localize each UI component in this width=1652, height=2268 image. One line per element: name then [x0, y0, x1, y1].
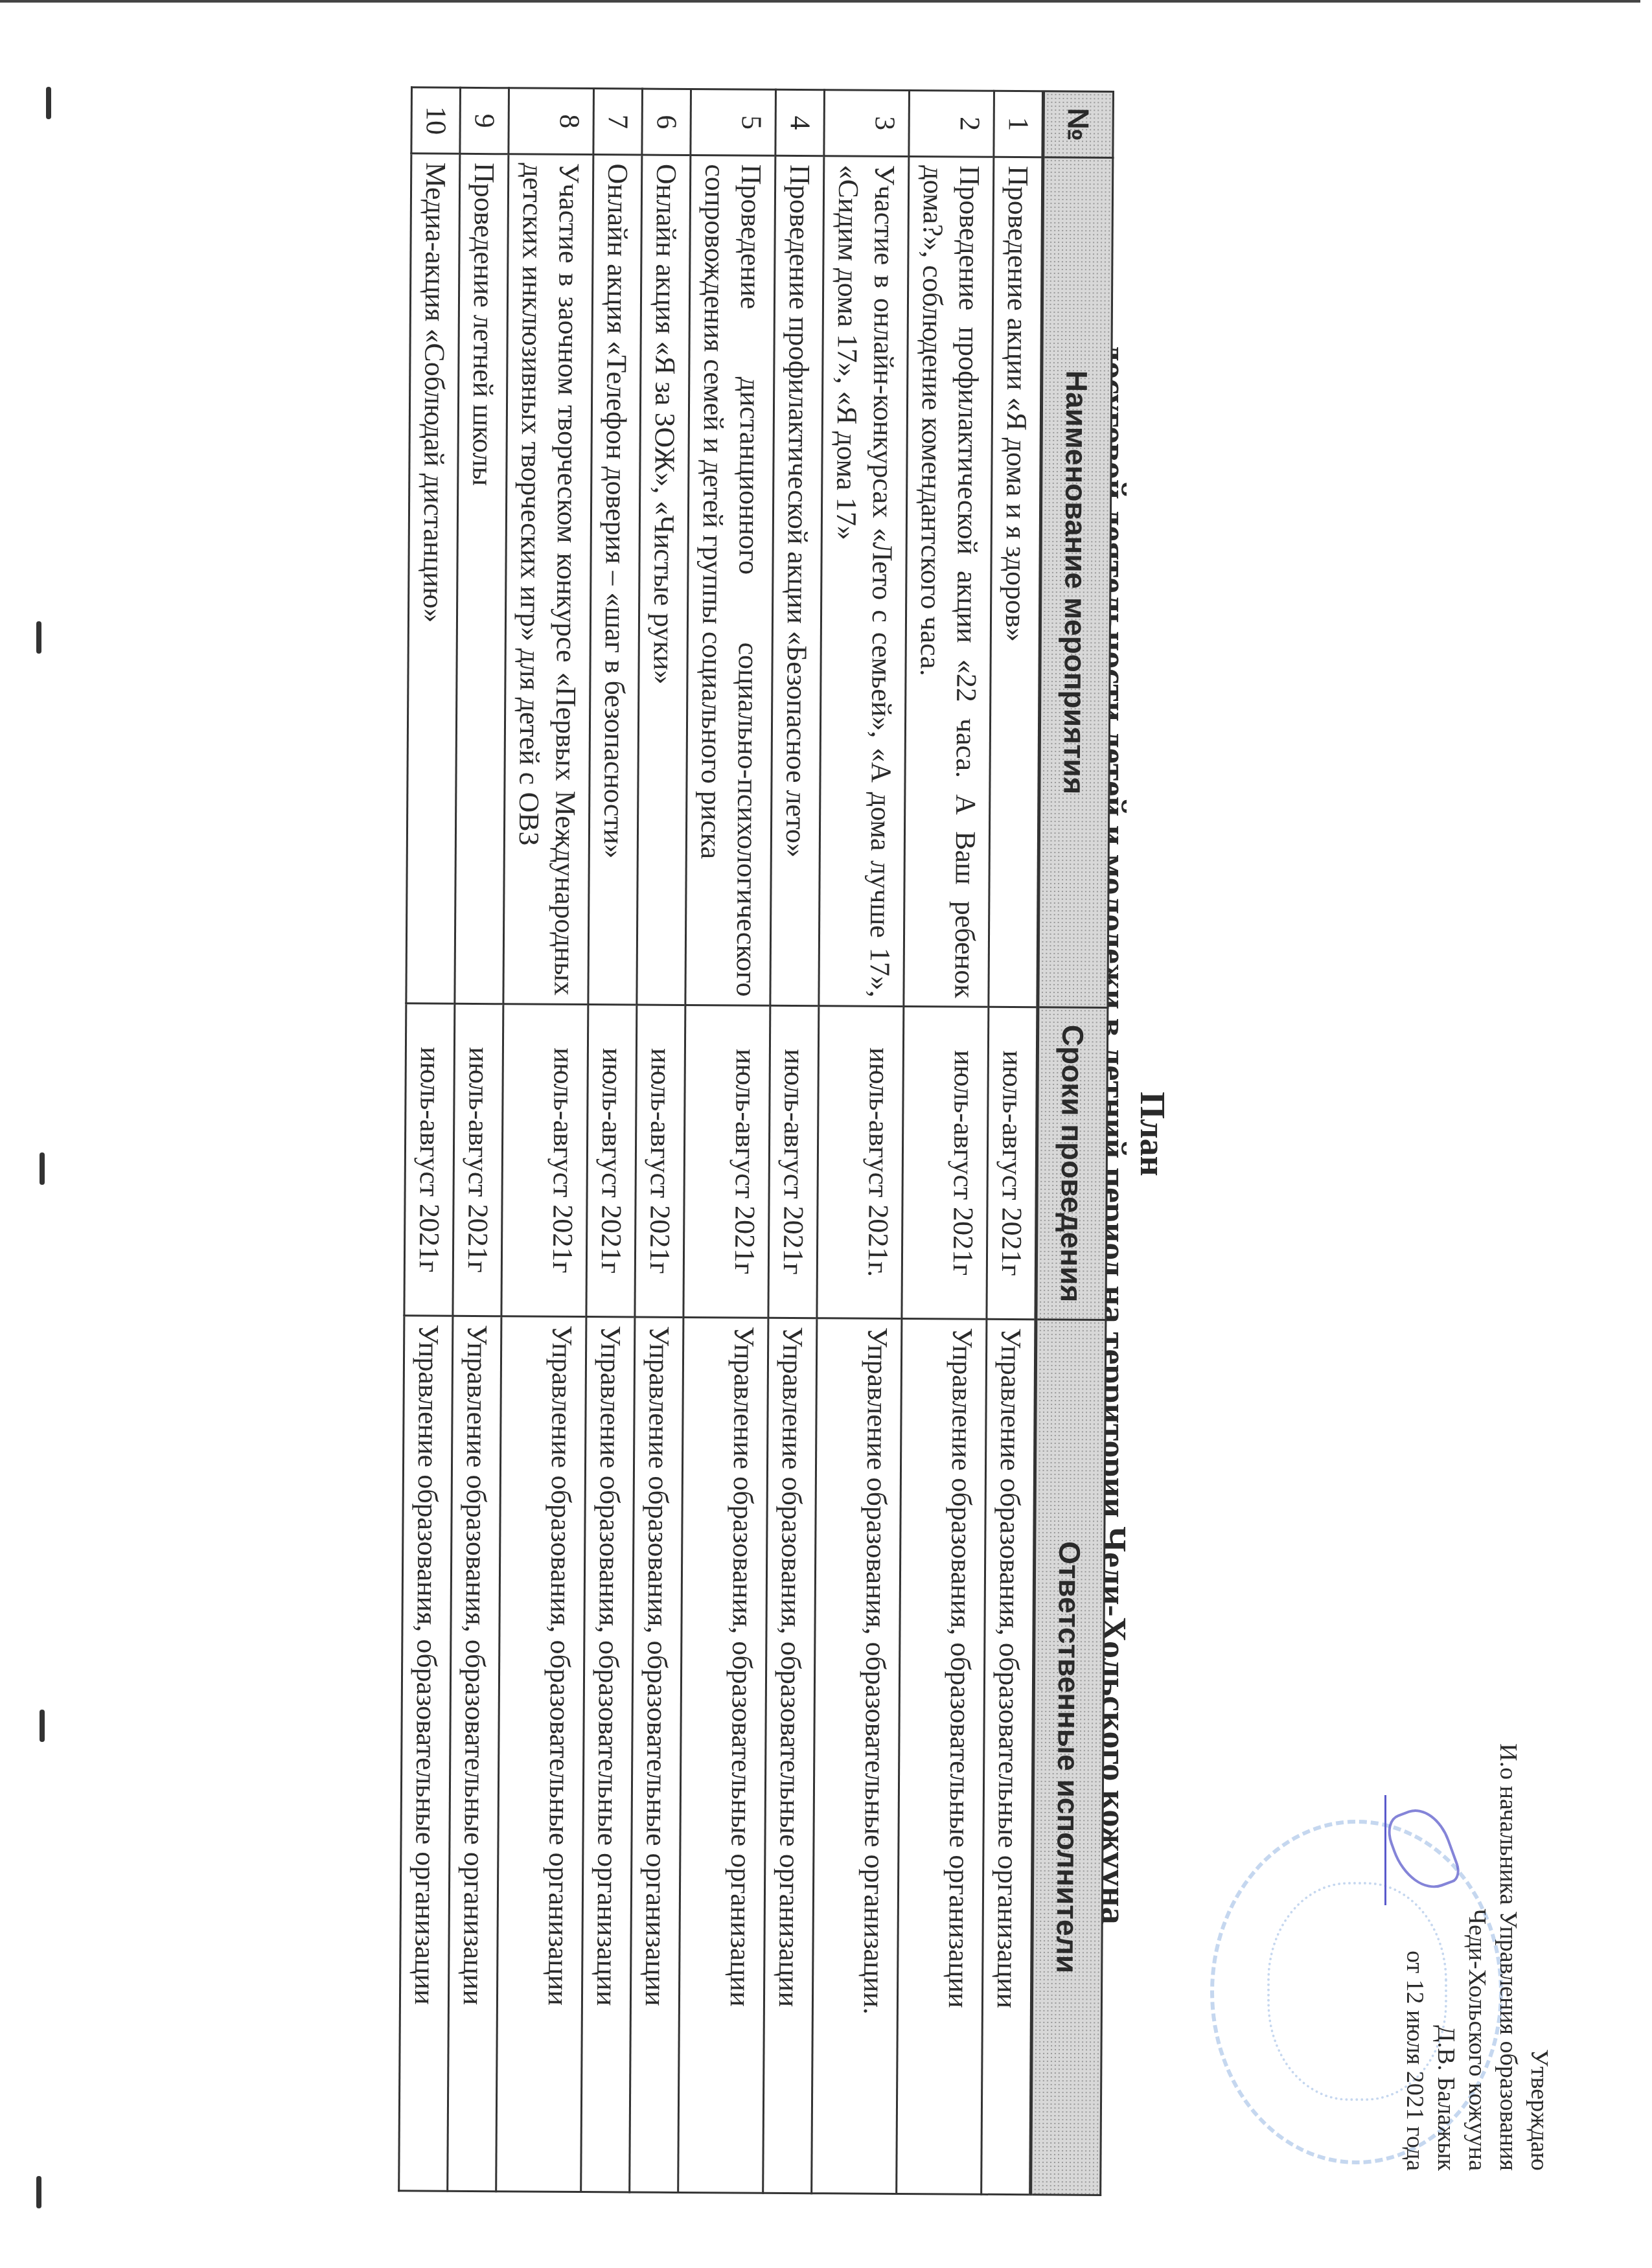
header-name: Наименование мероприятия — [1038, 157, 1113, 1008]
punch-mark — [36, 2176, 41, 2208]
document-title: План — [1132, 0, 1173, 2268]
event-name: Участие в онлайн-конкурсах «Лето с семье… — [819, 156, 909, 1007]
event-dates: июль-август 2021г — [586, 1005, 637, 1317]
event-name: Проведение летней школы — [455, 154, 509, 1003]
row-number: 8 — [509, 88, 594, 155]
responsible-parties: Управление образования, образовательные … — [581, 1317, 635, 2192]
table-row: 5Проведение дистанционного социально-пси… — [678, 89, 776, 2194]
punch-mark — [40, 1152, 45, 1185]
event-dates: июль-август 2021г. — [817, 1006, 904, 1319]
event-dates: июль-август 2021г — [453, 1003, 503, 1316]
event-name: Медиа-акция «Соблюдай дистанцию» — [406, 154, 460, 1003]
event-dates: июль-август 2021г — [501, 1004, 588, 1317]
event-name: Проведение профилактической акции «Безоп… — [770, 155, 824, 1005]
event-dates: июль-август 2021г — [683, 1005, 770, 1318]
table-row: 3Участие в онлайн-конкурсах «Лето с семь… — [812, 90, 910, 2194]
approval-line: Утверждаю — [1524, 1717, 1555, 2171]
approval-line: И.о начальника Управления образования — [1493, 1717, 1524, 2171]
punch-mark — [40, 1710, 45, 1742]
responsible-parties: Управление образования, образовательные … — [448, 1316, 501, 2191]
responsible-parties: Управление образования, образовательные … — [897, 1319, 987, 2195]
row-number: 3 — [824, 90, 910, 157]
approval-line: Д.В. Балажык — [1430, 1717, 1462, 2171]
event-dates: июль-август 2021г — [635, 1005, 685, 1317]
event-name: Участие в заочном творческом конкурсе «П… — [503, 154, 593, 1005]
approval-line: Чеди-Хольского кожууна — [1462, 1717, 1493, 2171]
table-row: 2Проведение профилактической акции «22 ч… — [897, 91, 994, 2195]
responsible-parties: Управление образования, образовательные … — [496, 1316, 586, 2192]
rotated-document-page: Утверждаю И.о начальника Управления обра… — [0, 0, 1652, 2268]
header-date: Сроки проведения — [1036, 1007, 1108, 1320]
row-number: 10 — [411, 87, 461, 154]
scan-edge — [0, 0, 1640, 3]
punch-mark — [46, 87, 51, 119]
punch-mark — [36, 621, 41, 654]
row-number: 1 — [994, 91, 1044, 157]
event-name: Проведение акции «Я дома и я здоров» — [989, 157, 1043, 1007]
responsible-parties: Управление образования, образовательные … — [399, 1316, 453, 2191]
responsible-parties: Управление образования, образовательные … — [630, 1317, 683, 2192]
row-number: 4 — [775, 89, 825, 155]
row-number: 6 — [642, 89, 691, 155]
event-dates: июль-август 2021г — [987, 1007, 1038, 1319]
event-dates: июль-август 2021г — [404, 1003, 455, 1316]
row-number: 9 — [460, 87, 509, 154]
row-number: 5 — [691, 89, 776, 156]
event-name: Онлайн акция «Телефон доверия – «шаг в б… — [588, 155, 642, 1005]
approval-block: Утверждаю И.о начальника Управления обра… — [1399, 1717, 1555, 2171]
event-name: Онлайн акция «Я за ЗОЖ», «Чистые руки» — [637, 155, 691, 1005]
event-name: Проведение профилактической акции «22 ча… — [904, 157, 994, 1007]
table-row: 8Участие в заочном творческом конкурсе «… — [496, 88, 594, 2192]
event-name: Проведение дистанционного социально-псих… — [685, 155, 775, 1006]
event-dates: июль-август 2021г — [768, 1005, 819, 1318]
approval-line: от 12 июля 2021 года — [1399, 1717, 1430, 2171]
responsible-parties: Управление образования, образовательные … — [763, 1318, 817, 2193]
row-number: 7 — [593, 89, 643, 155]
plan-table: № Наименование мероприятия Сроки проведе… — [398, 86, 1114, 2196]
header-responsible: Ответственные исполнители — [1031, 1320, 1106, 2195]
responsible-parties: Управление образования, образовательные … — [678, 1317, 768, 2193]
table-header-row: № Наименование мероприятия Сроки проведе… — [1031, 91, 1114, 2195]
responsible-parties: Управление образования, образовательные … — [981, 1319, 1036, 2194]
header-num: № — [1043, 91, 1114, 158]
responsible-parties: Управление образования, образовательные … — [812, 1318, 902, 2194]
row-number: 2 — [909, 91, 994, 157]
event-dates: июль-август 2021г — [902, 1007, 989, 1320]
